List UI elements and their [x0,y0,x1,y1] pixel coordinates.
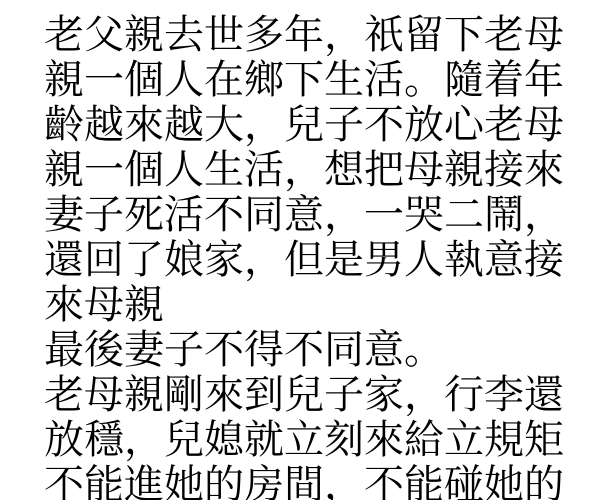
text-line: 老母親剛來到兒子家，行李還 [44,373,600,418]
story-text-content: 老父親去世多年，祇留下老母 親一個人在鄉下生活。隨着年 齡越來越大，兒子不放心老… [44,13,600,500]
text-line: 還回了娘家，但是男人執意接 [44,238,600,283]
text-line: 不能進她的房間，不能碰她的 [44,463,600,500]
text-line: 齡越來越大，兒子不放心老母 [44,103,600,148]
text-line: 最後妻子不得不同意。 [44,328,600,373]
text-line: 親一個人在鄉下生活。隨着年 [44,58,600,103]
text-line: 親一個人生活，想把母親接來 [44,148,600,193]
text-line: 老父親去世多年，祇留下老母 [44,13,600,58]
text-line: 妻子死活不同意，一哭二鬧， [44,193,600,238]
page: 老父親去世多年，祇留下老母 親一個人在鄉下生活。隨着年 齡越來越大，兒子不放心老… [0,0,600,500]
text-line: 放穩，兒媳就立刻來給立規矩 [44,418,600,463]
text-line: 來母親 [44,283,600,328]
